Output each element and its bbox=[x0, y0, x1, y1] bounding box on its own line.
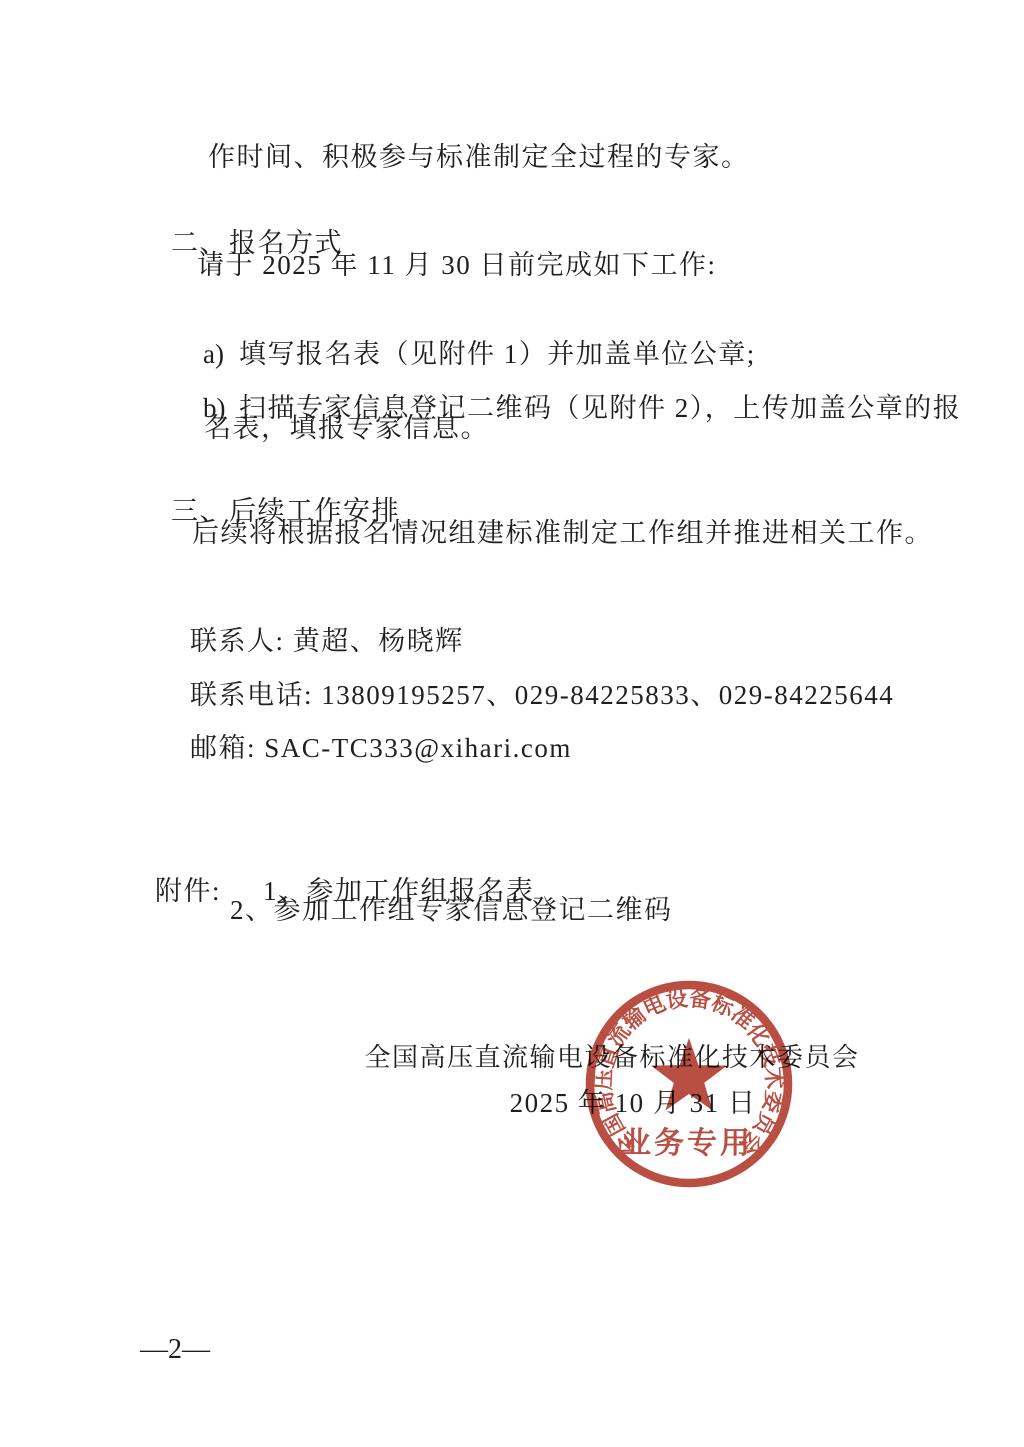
attachment-item-2: 2、参加工作组专家信息登记二维码 bbox=[230, 894, 673, 928]
list-item-b-text-line2: 名表，填报专家信息。 bbox=[204, 412, 489, 446]
stamp-star-icon bbox=[651, 1038, 727, 1110]
document-page: 作时间、积极参与标准制定全过程的专家。 二、报名方式 请于 2025 年 11 … bbox=[0, 0, 1024, 1447]
contact-person: 联系人: 黄超、杨晓辉 bbox=[190, 625, 464, 659]
contact-phone: 联系电话: 13809195257、029-84225833、029-84225… bbox=[190, 679, 894, 713]
page-number: —2— bbox=[140, 1332, 210, 1367]
paragraph-continuation: 作时间、积极参与标准制定全过程的专家。 bbox=[208, 141, 750, 175]
section-3-body: 后续将根据报名情况组建标准制定工作组并推进相关工作。 bbox=[192, 517, 933, 551]
contact-email: 邮箱: SAC-TC333@xihari.com bbox=[190, 732, 572, 766]
section-2-intro: 请于 2025 年 11 月 30 日前完成如下工作: bbox=[197, 249, 717, 283]
official-seal-stamp: 全国高压直流输电设备标准化技术委员会 业务专用 bbox=[574, 969, 804, 1199]
stamp-bottom-text: 业务专用 bbox=[621, 1126, 753, 1160]
